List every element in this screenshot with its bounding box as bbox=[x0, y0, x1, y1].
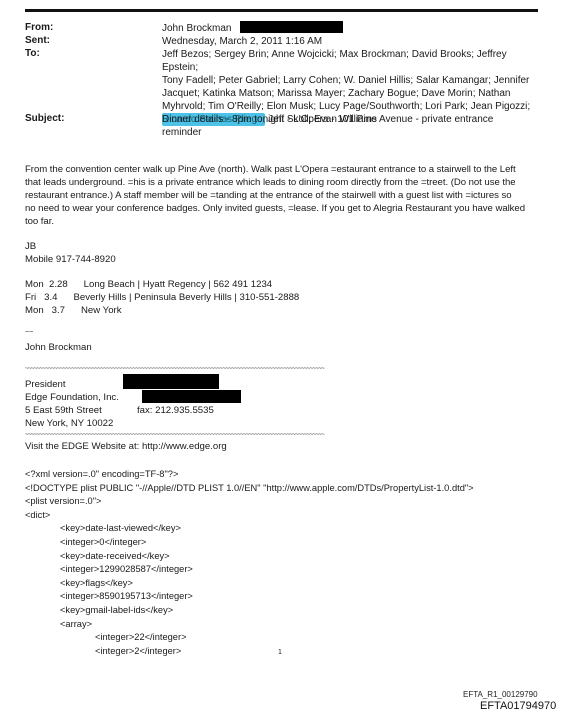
signature-street: 5 East 59th Street bbox=[25, 404, 102, 417]
xml-line: <key>flags</key> bbox=[60, 577, 133, 590]
xml-line: <integer>2</integer> bbox=[95, 645, 181, 658]
sent-value: Wednesday, March 2, 2011 1:16 AM bbox=[162, 35, 534, 48]
xml-line: <key>date-received</key> bbox=[60, 550, 170, 563]
schedule-line: Mon 2.28 Long Beach | Hyatt Regency | 56… bbox=[25, 278, 272, 291]
tilde-short: ~~ bbox=[25, 326, 33, 339]
tilde-divider: ~~~~~~~~~~~~~~~~~~~~~~~~~~~~~~~~~~~~~~~~… bbox=[25, 366, 341, 372]
redaction-box bbox=[123, 374, 219, 389]
subject-value: Dinner details - 8pm tonight - L'Opera -… bbox=[162, 113, 534, 139]
signature-title: President bbox=[25, 378, 66, 391]
from-label: From: bbox=[25, 22, 53, 33]
bates-number-secondary: EFTA_R1_00129790 bbox=[463, 690, 538, 699]
xml-line: <?xml version=.0" encoding=TF-8"?> bbox=[25, 468, 178, 481]
paragraph-line: too far. bbox=[25, 215, 535, 228]
xml-line: <key>date-last-viewed</key> bbox=[60, 522, 181, 535]
subject-label: Subject: bbox=[25, 113, 64, 124]
xml-line: <integer>0</integer> bbox=[60, 536, 146, 549]
paragraph-line: restaurant entrance.) A staff member wil… bbox=[25, 189, 535, 202]
mobile-number: Mobile 917-744-8920 bbox=[25, 253, 116, 266]
paragraph-line: From the convention center walk up Pine … bbox=[25, 163, 535, 176]
xml-line: <plist version=.0"> bbox=[25, 495, 101, 508]
to-line: Myhrvold; Tim O'Reilly; Elon Musk; Lucy … bbox=[162, 100, 534, 113]
from-name: John Brockman bbox=[162, 23, 231, 34]
signature-initials: JB bbox=[25, 240, 36, 253]
xml-line: <key>gmail-label-ids</key> bbox=[60, 604, 173, 617]
to-line: Jeff Bezos; Sergey Brin; Anne Wojcicki; … bbox=[162, 48, 534, 74]
sent-label: Sent: bbox=[25, 35, 50, 46]
subject-line: reminder bbox=[162, 126, 534, 139]
document-page: From: John Brockman Sent: Wednesday, Mar… bbox=[0, 0, 563, 717]
xml-line: <integer>1299028587</integer> bbox=[60, 563, 193, 576]
to-label: To: bbox=[25, 48, 40, 59]
redaction-box bbox=[240, 21, 343, 33]
subject-line: Dinner details - 8pm tonight - L'Opera -… bbox=[162, 113, 534, 126]
to-line: Tony Fadell; Peter Gabriel; Larry Cohen;… bbox=[162, 74, 534, 87]
signature-org: Edge Foundation, Inc. bbox=[25, 391, 119, 404]
signature-fax: fax: 212.935.5535 bbox=[137, 404, 214, 417]
tilde-divider: ~~~~~~~~~~~~~~~~~~~~~~~~~~~~~~~~~~~~~~~~… bbox=[25, 432, 341, 438]
from-value: John Brockman bbox=[162, 22, 534, 35]
redaction-box bbox=[142, 390, 241, 403]
xml-line: <dict> bbox=[25, 509, 50, 522]
paragraph-line: no need to wear your conference badges. … bbox=[25, 202, 535, 215]
header-rule bbox=[25, 9, 538, 12]
website-line: Visit the EDGE Website at: http://www.ed… bbox=[25, 440, 227, 453]
xml-line: <integer>8590195713</integer> bbox=[60, 590, 193, 603]
schedule-line: Mon 3.7 New York bbox=[25, 304, 122, 317]
schedule-line: Fri 3.4 Beverly Hills | Peninsula Beverl… bbox=[25, 291, 299, 304]
xml-line: <!DOCTYPE plist PUBLIC "-//Apple//DTD PL… bbox=[25, 482, 474, 495]
body-paragraph: From the convention center walk up Pine … bbox=[25, 163, 535, 228]
xml-line: <array> bbox=[60, 618, 92, 631]
xml-line: <integer>22</integer> bbox=[95, 631, 187, 644]
bates-number-primary: EFTA01794970 bbox=[480, 700, 556, 712]
signature-city: New York, NY 10022 bbox=[25, 417, 113, 430]
page-number: 1 bbox=[278, 649, 282, 656]
signature-name: John Brockman bbox=[25, 341, 92, 354]
paragraph-line: that leads underground. =his is a privat… bbox=[25, 176, 535, 189]
to-line: Jacquet; Katinka Matson; Marissa Mayer; … bbox=[162, 87, 534, 100]
